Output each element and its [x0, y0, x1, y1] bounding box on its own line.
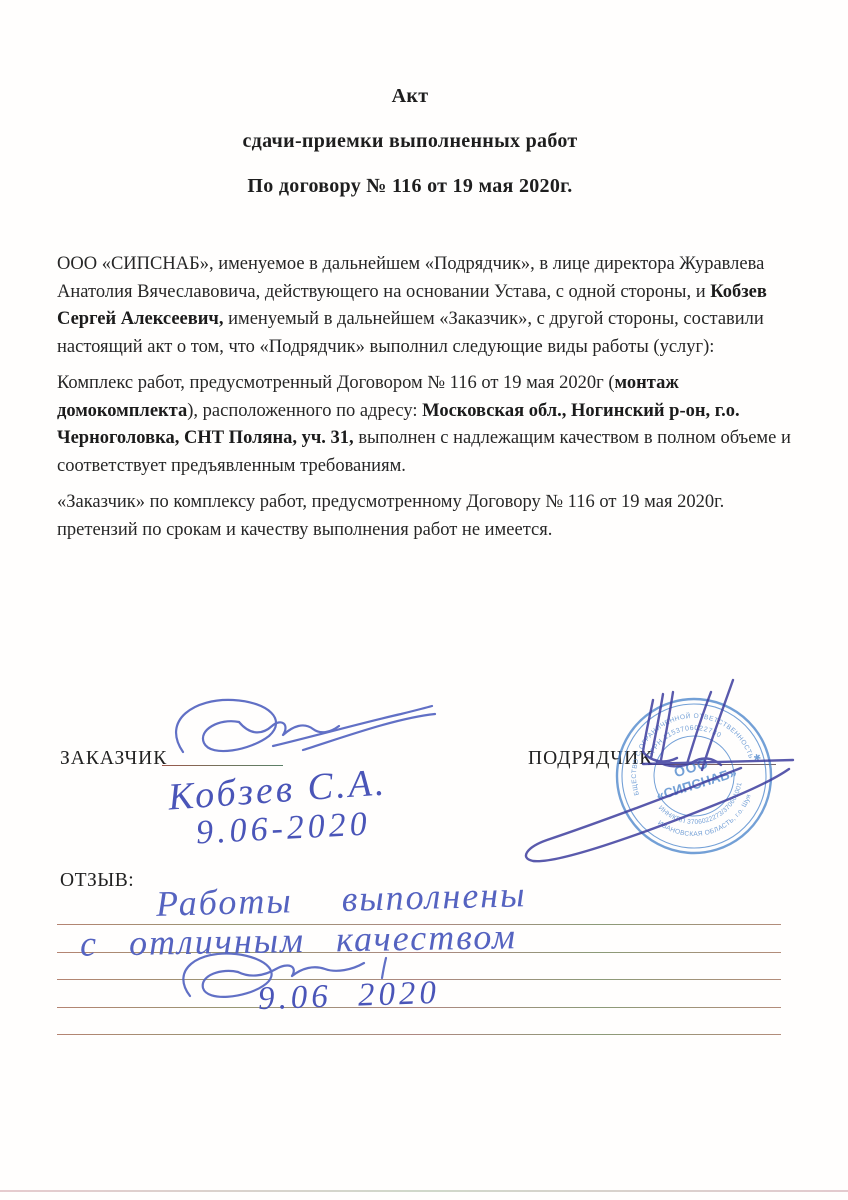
p2-text: Комплекс работ, предусмотренный Договоро… — [57, 373, 614, 393]
customer-date-handwritten: 9.06-2020 — [195, 805, 372, 852]
title-line-2: сдачи-приемки выполненных работ — [0, 119, 834, 164]
title-line-3: По договору № 116 от 19 мая 2020г. — [0, 164, 834, 209]
paragraph-parties: ООО «СИПСНАБ», именуемое в дальнейшем «П… — [57, 251, 794, 361]
review-label: ОТЗЫВ: — [60, 870, 134, 892]
customer-label: ЗАКАЗЧИК — [60, 748, 167, 770]
document-body: ООО «СИПСНАБ», именуемое в дальнейшем «П… — [57, 251, 794, 553]
ruled-line-5 — [57, 1034, 781, 1035]
contractor-signature — [515, 672, 815, 867]
p2-text-mid: ), расположенного по адресу: — [187, 401, 422, 421]
document-title: Акт сдачи-приемки выполненных работ По д… — [0, 74, 834, 209]
scanned-document-page: Акт сдачи-приемки выполненных работ По д… — [0, 0, 848, 1200]
title-line-1: Акт — [0, 74, 834, 119]
scan-edge-artifact — [0, 1190, 848, 1192]
p1-text: ООО «СИПСНАБ», именуемое в дальнейшем «П… — [57, 254, 764, 302]
review-date-handwritten: 9.06 2020 — [257, 975, 440, 1018]
paragraph-works: Комплекс работ, предусмотренный Договоро… — [57, 370, 794, 480]
customer-signature — [155, 690, 440, 778]
paragraph-no-claims: «Заказчик» по комплексу работ, предусмот… — [57, 489, 794, 544]
